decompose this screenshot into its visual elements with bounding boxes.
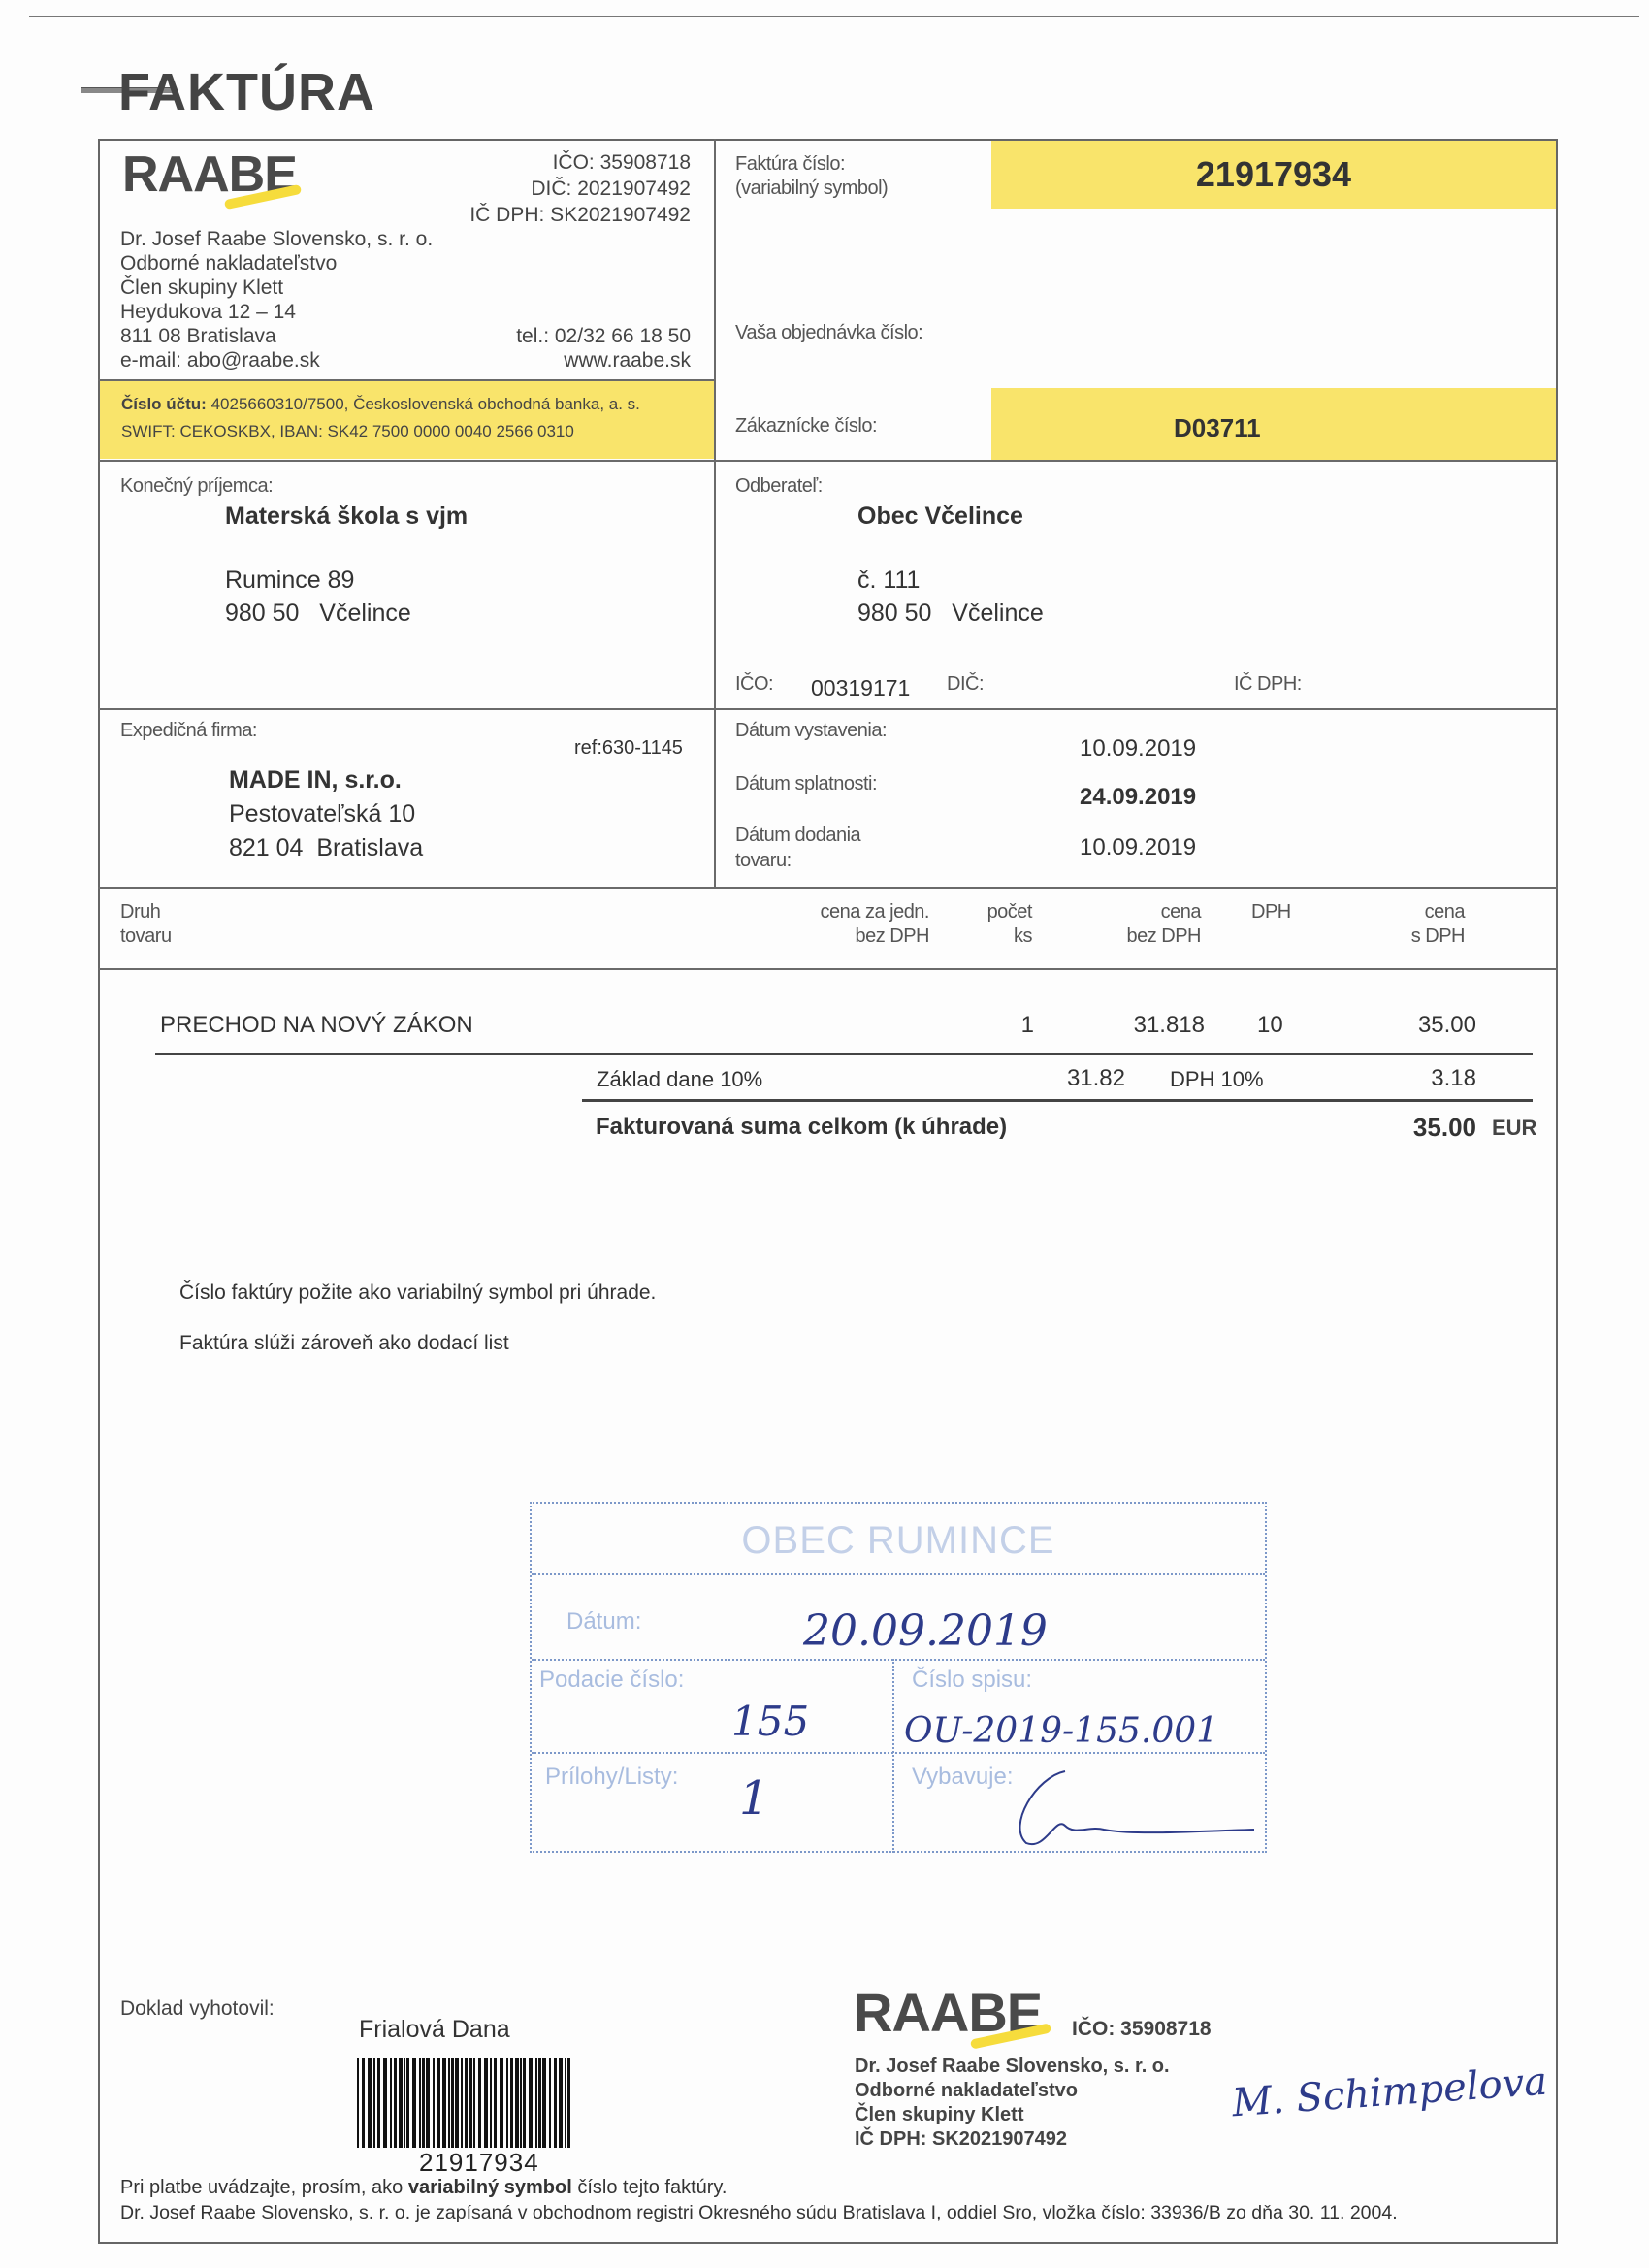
payment-note-bold: variabilný symbol [408,2177,572,2198]
delivery-date: 10.09.2019 [1080,834,1196,861]
delivery-date-label: Dátum dodania tovaru: [735,823,860,873]
col-header-price-inc-vat-l2: s DPH [1358,924,1465,949]
note-variable-symbol: Číslo faktúry požite ako variabilný symb… [179,1281,656,1305]
barcode-number: 21917934 [419,2148,539,2178]
supplier-ids: IČO: 35908718 DIČ: 2021907492 IČ DPH: SK… [407,149,691,228]
note-delivery-list: Faktúra slúži zároveň ako dodací list [179,1332,509,1355]
document-title: FAKTÚRA [118,62,375,122]
stamp-vertical-divider [892,1659,894,1853]
footer-logo: RAABE [854,1981,1042,2044]
stamp-divider-1 [532,1573,1265,1575]
supplier-tel: tel.: 02/32 66 18 50 [407,324,691,348]
totals-rule [582,1099,1533,1102]
supplier-line2: Odborné nakladateľstvo [120,251,702,275]
buyer-city: 980 50 Včelince [857,599,1044,628]
buyer-ico-label: IČO: [735,673,773,696]
due-date-label: Dátum splatnosti: [735,773,877,795]
footer-ico: IČO: 35908718 [1072,2018,1212,2041]
payment-note-pre: Pri platbe uvádzajte, prosím, ako [120,2177,408,2198]
buyer-ico: 00319171 [811,675,910,701]
tax-base-value: 31.82 [1028,1065,1125,1092]
footer-line2: Odborné nakladateľstvo [855,2079,1170,2103]
footer-company: Dr. Josef Raabe Slovensko, s. r. o. [855,2055,1170,2079]
barcode [357,2058,599,2148]
col-header-item: Druh tovaru [120,900,172,949]
bank-account-value: 4025660310/7500, Československá obchodná… [211,395,640,413]
shipping-city: 821 04 Bratislava [229,834,423,862]
footer-ic-dph: IČ DPH: SK2021907492 [855,2127,1170,2152]
table-header-bottom-divider [98,968,1558,970]
supplier-street: Heydukova 12 – 14 [120,300,702,324]
stamp-title: OBEC RUMINCE [532,1519,1265,1563]
delivery-date-label-line1: Dátum dodania [735,823,860,848]
customer-number: D03711 [1174,413,1261,443]
customer-number-label: Zákaznícke číslo: [735,415,877,437]
col-header-qty: počet ks [951,900,1032,949]
supplier-name: Dr. Josef Raabe Slovensko, s. r. o. [120,227,702,251]
buyer-street: č. 111 [857,567,920,595]
invoice-number-label-line2: (variabilný symbol) [735,177,888,201]
invoice-number-label: Faktúra číslo: (variabilný symbol) [735,152,888,201]
recipient-city: 980 50 Včelince [225,599,411,628]
tax-base-label: Základ dane 10% [597,1067,762,1092]
recipient-name: Materská škola s vjm [225,502,468,531]
stamp-spis-label: Číslo spisu: [912,1667,1032,1694]
prepared-by-label: Doklad vyhotovil: [120,1997,275,2021]
invoice-number-label-line1: Faktúra číslo: [735,152,888,177]
item-qty: 1 [989,1012,1034,1039]
issue-date: 10.09.2019 [1080,735,1196,762]
footer-company-block: Dr. Josef Raabe Slovensko, s. r. o. Odbo… [855,2055,1170,2152]
stamp-date-value: 20.09.2019 [803,1606,1048,1656]
col-header-unit-price: cena za jedn. bez DPH [776,900,929,949]
stamp-divider-3 [532,1752,1265,1754]
customer-number-box: D03711 [991,388,1556,460]
invoice-number: 21917934 [991,154,1556,195]
supplier-contact: tel.: 02/32 66 18 50 www.raabe.sk [407,324,691,373]
buyer-ic-dph-label: IČ DPH: [1234,673,1302,696]
invoice-number-box: 21917934 [991,141,1556,209]
col-header-price-ex-vat: cena bez DPH [1077,900,1201,949]
col-header-qty-l2: ks [951,924,1032,949]
col-header-qty-l1: počet [951,900,1032,924]
total-currency: EUR [1492,1116,1536,1141]
item-price-inc-vat: 35.00 [1358,1012,1476,1039]
supplier-ico: IČO: 35908718 [407,149,691,176]
buyer-dic-label: DIČ: [947,673,984,696]
total-amount: 35.00 [1358,1113,1476,1143]
shipping-name: MADE IN, s.r.o. [229,766,402,794]
item-name: PRECHOD NA NOVÝ ZÁKON [160,1012,473,1039]
recipient-street: Rumince 89 [225,567,354,595]
supplier-logo: RAABE [122,146,297,204]
shipping-street: Pestovateľská 10 [229,800,415,828]
issue-date-label: Dátum vystavenia: [735,720,887,742]
supplier-web[interactable]: www.raabe.sk [407,348,691,373]
col-header-unit-price-l1: cena za jedn. [776,900,929,924]
due-date: 24.09.2019 [1080,784,1196,811]
shipping-label: Expedičná firma: [120,720,257,742]
col-header-item-l2: tovaru [120,924,172,949]
col-header-vat: DPH [1251,900,1291,924]
recipient-label: Konečný príjemca: [120,475,273,498]
order-number-label: Vaša objednávka číslo: [735,322,922,344]
stamp-signature-icon [997,1758,1259,1851]
shipping-ref: ref:630-1145 [574,737,683,760]
vat-rate-label: DPH 10% [1170,1067,1264,1092]
stamp-divider-2 [532,1659,1265,1661]
supplier-dic: DIČ: 2021907492 [407,176,691,202]
item-vat: 10 [1257,1012,1283,1039]
table-header-top-divider [98,887,1558,889]
payment-note: Pri platbe uvádzajte, prosím, ako variab… [120,2177,727,2199]
delivery-date-label-line2: tovaru: [735,848,860,873]
supplier-ic-dph: IČ DPH: SK2021907492 [407,202,691,228]
stamp-podacie-value: 155 [731,1698,809,1745]
col-header-item-l1: Druh [120,900,172,924]
column-divider [714,139,716,889]
bank-account-label: Číslo účtu: [121,395,207,413]
buyer-label: Odberateľ: [735,475,823,498]
stamp-prilohy-label: Prílohy/Listy: [545,1764,678,1791]
items-bottom-rule [155,1053,1533,1055]
item-price-ex-vat: 31.818 [1096,1012,1205,1039]
page-top-edge [29,16,1639,17]
registry-stamp: OBEC RUMINCE Dátum: 20.09.2019 Podacie č… [530,1502,1267,1853]
footer-line3: Člen skupiny Klett [855,2103,1170,2127]
col-header-unit-price-l2: bez DPH [776,924,929,949]
row3-top-divider [98,708,1558,710]
stamp-date-label: Dátum: [566,1608,641,1636]
row2-top-divider [98,460,1558,462]
bank-account-line: Číslo účtu: 4025660310/7500, Českosloven… [121,395,640,414]
stamp-prilohy-value: 1 [739,1771,769,1826]
vat-amount: 3.18 [1358,1065,1476,1092]
payment-note-post: číslo tejto faktúry. [572,2177,727,2198]
col-header-vat-l1: DPH [1251,900,1291,924]
buyer-name: Obec Včelince [857,502,1023,531]
register-note: Dr. Josef Raabe Slovensko, s. r. o. je z… [120,2202,1398,2224]
total-label: Fakturovaná suma celkom (k úhrade) [596,1114,1007,1141]
col-header-price-ex-vat-l2: bez DPH [1077,924,1201,949]
bank-strip: Číslo účtu: 4025660310/7500, Českosloven… [100,381,714,459]
stamp-spis-value: OU-2019-155.001 [904,1711,1218,1751]
swift-iban: SWIFT: CEKOSKBX, IBAN: SK42 7500 0000 00… [121,422,574,441]
supplier-line3: Člen skupiny Klett [120,275,702,300]
col-header-price-ex-vat-l1: cena [1077,900,1201,924]
col-header-price-inc-vat: cena s DPH [1358,900,1465,949]
stamp-podacie-label: Podacie číslo: [539,1667,684,1694]
col-header-price-inc-vat-l1: cena [1358,900,1465,924]
prepared-by-name: Frialová Dana [359,2016,510,2044]
